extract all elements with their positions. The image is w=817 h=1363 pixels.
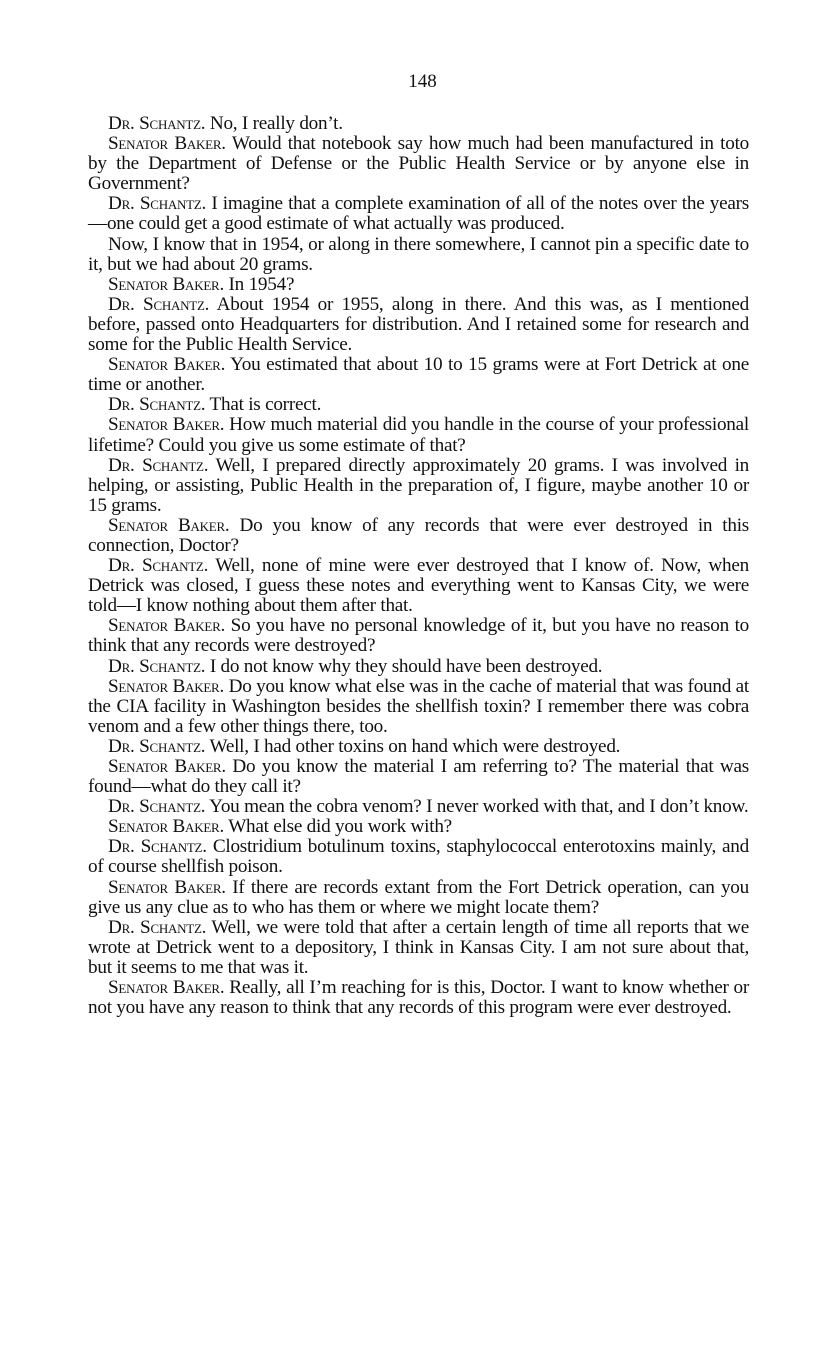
statement-text: In 1954? — [224, 274, 294, 295]
statement-text: Well, I had other toxins on hand which w… — [205, 736, 620, 757]
speaker-name: Dr. Schantz. — [108, 796, 205, 817]
transcript-paragraph: Dr. Schantz. I imagine that a complete e… — [88, 194, 749, 234]
transcript-paragraph: Senator Baker. Do you know what else was… — [88, 677, 749, 737]
transcript-paragraph: Senator Baker. Do you know the material … — [88, 757, 749, 797]
speaker-name: Senator Baker. — [108, 274, 224, 295]
speaker-name: Dr. Schantz. — [108, 193, 206, 214]
speaker-name: Senator Baker. — [108, 515, 229, 536]
speaker-name: Dr. Schantz. — [108, 113, 205, 134]
speaker-name: Dr. Schantz. — [108, 394, 205, 415]
speaker-name: Senator Baker. — [108, 756, 226, 777]
transcript-paragraph: Dr. Schantz. I do not know why they shou… — [88, 657, 749, 677]
statement-text: That is correct. — [205, 394, 321, 415]
transcript-paragraph: Senator Baker. If there are records exta… — [88, 878, 749, 918]
transcript-paragraph: Dr. Schantz. You mean the cobra venom? I… — [88, 797, 749, 817]
transcript-body: Dr. Schantz. No, I really don’t.Senator … — [88, 114, 749, 1018]
speaker-name: Senator Baker. — [108, 816, 224, 837]
speaker-name: Senator Baker. — [108, 133, 226, 154]
transcript-paragraph: Dr. Schantz. About 1954 or 1955, along i… — [88, 295, 749, 355]
transcript-paragraph: Senator Baker. You estimated that about … — [88, 355, 749, 395]
speaker-name: Dr. Schantz. — [108, 455, 208, 476]
document-page: 148 Dr. Schantz. No, I really don’t.Sena… — [88, 70, 749, 1018]
speaker-name: Dr. Schantz. — [108, 656, 205, 677]
transcript-paragraph: Dr. Schantz. Well, none of mine were eve… — [88, 556, 749, 616]
transcript-paragraph: Senator Baker. In 1954? — [88, 275, 749, 295]
transcript-paragraph: Senator Baker. Do you know of any record… — [88, 516, 749, 556]
speaker-name: Senator Baker. — [108, 977, 224, 998]
page-number: 148 — [88, 70, 749, 94]
speaker-name: Senator Baker. — [108, 354, 225, 375]
transcript-paragraph: Dr. Schantz. That is correct. — [88, 395, 749, 415]
speaker-name: Dr. Schantz. — [108, 294, 209, 315]
statement-text: I do not know why they should have been … — [205, 656, 602, 677]
transcript-paragraph: Senator Baker. How much material did you… — [88, 415, 749, 455]
speaker-name: Senator Baker. — [108, 877, 226, 898]
transcript-paragraph: Dr. Schantz. Well, I had other toxins on… — [88, 737, 749, 757]
speaker-name: Senator Baker. — [108, 676, 224, 697]
speaker-name: Senator Baker. — [108, 414, 224, 435]
statement-text: You mean the cobra venom? I never worked… — [205, 796, 748, 817]
statement-text: No, I really don’t. — [205, 113, 342, 134]
transcript-paragraph: Now, I know that in 1954, or along in th… — [88, 235, 749, 275]
transcript-paragraph: Senator Baker. What else did you work wi… — [88, 817, 749, 837]
transcript-paragraph: Senator Baker. So you have no personal k… — [88, 616, 749, 656]
speaker-name: Dr. Schantz. — [108, 836, 207, 857]
transcript-paragraph: Senator Baker. Would that notebook say h… — [88, 134, 749, 194]
speaker-name: Senator Baker. — [108, 615, 225, 636]
statement-text: Now, I know that in 1954, or along in th… — [88, 234, 749, 275]
speaker-name: Dr. Schantz. — [108, 917, 206, 938]
statement-text: What else did you work with? — [224, 816, 452, 837]
speaker-name: Dr. Schantz. — [108, 555, 208, 576]
transcript-paragraph: Dr. Schantz. Well, we were told that aft… — [88, 918, 749, 978]
speaker-name: Dr. Schantz. — [108, 736, 205, 757]
transcript-paragraph: Senator Baker. Really, all I’m reaching … — [88, 978, 749, 1018]
transcript-paragraph: Dr. Schantz. Well, I prepared directly a… — [88, 456, 749, 516]
transcript-paragraph: Dr. Schantz. No, I really don’t. — [88, 114, 749, 134]
transcript-paragraph: Dr. Schantz. Clostridium botulinum toxin… — [88, 837, 749, 877]
